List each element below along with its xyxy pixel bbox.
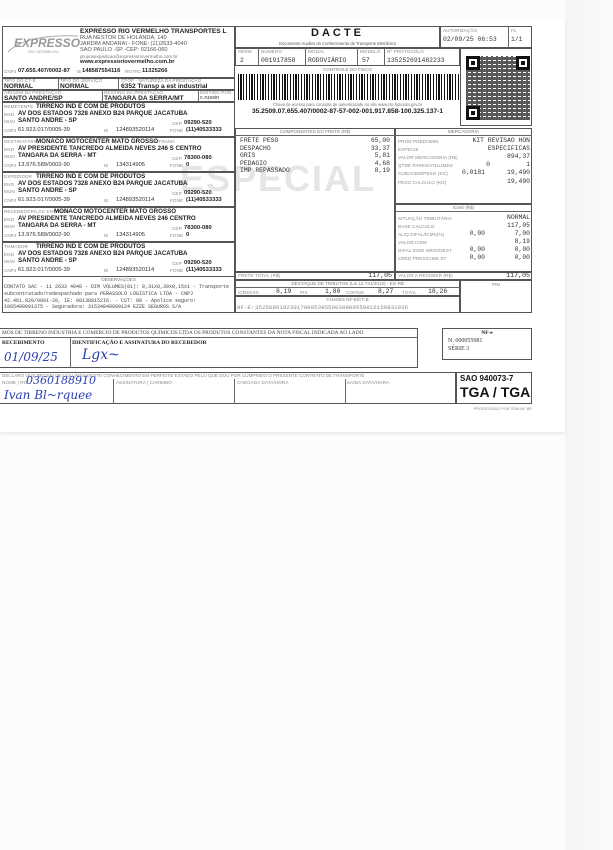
document-title: DACTE: [235, 27, 440, 39]
nome-rg-label: NOME | RG: [2, 380, 27, 385]
difal-orig: 0,00: [450, 246, 485, 253]
icms-st: 0,00: [490, 254, 530, 261]
fone-label: FONE: [170, 128, 183, 133]
party-extra: SUFRAMA: [152, 139, 175, 144]
freight-item-value: 4,68: [330, 160, 390, 167]
tipo-cte: NORMAL: [4, 83, 33, 90]
handwritten-date: 01/09/25: [4, 350, 58, 364]
access-key-barcode: [238, 74, 460, 100]
issuer-cnpj: 07.655.407/0002-87: [18, 68, 70, 74]
peso-calculo: 19,490: [490, 178, 530, 185]
icms-title: ICMS (R$): [395, 205, 532, 210]
icms-iss: 8,19: [276, 288, 291, 295]
party-cep: 09290-520: [184, 260, 212, 266]
serie: 2: [240, 57, 244, 64]
rntrc-label: RNTRC: [125, 69, 142, 74]
end-label: END: [4, 182, 14, 187]
ie-label: IE: [77, 69, 82, 74]
party-cnpj: 61.923.017/0005-39: [18, 127, 70, 133]
party-ie: 134314905: [116, 232, 145, 238]
freight-item-name: GRIS: [240, 152, 255, 159]
party-ie: 124893520114: [116, 127, 154, 133]
mun-label: MUN: [4, 224, 15, 229]
party-phone: (11)40533333: [186, 127, 222, 133]
modelo: 57: [362, 57, 370, 64]
autorizacao-label: AUTORIZAÇÃO: [443, 28, 477, 33]
cep-label: CEP: [172, 121, 182, 126]
qtde-volumes: 1: [500, 161, 530, 168]
aliq-label: ALIQ DIFAL/ICMS(%): [398, 232, 444, 237]
icms-iss-label: ICMS/ISS: [238, 290, 259, 295]
mun-label: MUN: [4, 259, 15, 264]
aliq-icms: 7,00: [490, 230, 530, 237]
party-phone: (11)40533333: [186, 197, 222, 203]
fone-label: FONE: [170, 163, 183, 168]
peso-calculo-label: PESO CALCULO (Kg): [398, 180, 446, 185]
protocolo: 135252691482233: [387, 57, 445, 64]
party-cnpj: 13.976.589/0002-90: [18, 232, 70, 238]
ie-label: IE: [104, 268, 109, 273]
origem: SANTO ANDRE/SP: [4, 95, 63, 102]
peso: 19,490: [490, 169, 530, 176]
end-label: END: [4, 217, 14, 222]
autorizacao: 02/09/25 06:53: [443, 36, 497, 43]
issuer-rntrc: 11325266: [142, 68, 167, 74]
cfop: 6352 Transp a est industrial: [121, 83, 208, 90]
receiver-signature: Lgx~: [82, 347, 120, 363]
cnpj-label: CNPJ: [4, 233, 16, 238]
difal-label: DIFAL ICMS ORIG/DEST: [398, 248, 452, 253]
especie: ESPECIFICAS: [440, 145, 530, 152]
party-address: AV PRESIDENTE TANCREDO ALMEIDA NEVES 246…: [18, 215, 196, 222]
party-address: AV DOS ESTADOS 7328 ANEXO B24 PARQUE JAC…: [18, 110, 188, 117]
cnpj-label: CNPJ: [4, 268, 16, 273]
freight-item-value: 33,37: [330, 145, 390, 152]
destino: TANGARA DA SERRA/MT: [104, 95, 184, 102]
end-label: END: [4, 112, 14, 117]
base-calculo: 117,05: [470, 222, 530, 229]
party-name: TIRRENO IND E COM DE PRODUTOS: [36, 173, 145, 180]
tipo-servico: NORMAL: [60, 83, 89, 90]
freight-total-label: FRETE TOTAL (R$): [238, 273, 280, 278]
modelo-label: MODELO: [360, 49, 381, 54]
party-cep: 09290-520: [184, 190, 212, 196]
observacoes-title: OBSERVAÇÕES: [2, 277, 235, 282]
emitido-por: c.russin: [200, 95, 219, 101]
freight-item-name: PEDAGIO: [240, 160, 267, 167]
controle-fisco-label: CONTROLE DO FISCO: [235, 67, 460, 72]
cep-label: CEP: [172, 191, 182, 196]
cnpj-label: CNPJ: [4, 163, 16, 168]
base-label: BASE CALCULO: [398, 224, 434, 229]
party-name: TIRRENO IND E COM DE PRODUTOS: [36, 243, 145, 250]
protocolo-label: Nº PROTOCOLO: [387, 49, 424, 54]
freight-item-name: FRETE PESO: [240, 137, 278, 144]
numero: 001917858: [261, 57, 296, 64]
cnpj-label: CNPJ: [4, 198, 16, 203]
freight-item-value: 5,81: [330, 152, 390, 159]
valor-receber: 117,05: [490, 272, 530, 279]
party-cnpj: 61.923.017/0005-39: [18, 197, 70, 203]
freight-item-name: DESPACHO: [240, 145, 271, 152]
chave-caption: Chave de acesso para consulta de autenti…: [235, 102, 460, 107]
fone-label: FONE: [170, 198, 183, 203]
processed-by: PROCESSADO POR SSW NF-BR: [440, 407, 532, 411]
end-label: END: [4, 252, 14, 257]
prod-predominante: KIT REVISAO HON: [440, 137, 530, 144]
handwritten-rg: 0360188910: [26, 374, 96, 387]
mun-label: MUN: [4, 119, 15, 124]
nfe-prefix: NF-E:: [237, 304, 254, 311]
party-role-label: EXPEDIDOR: [4, 174, 32, 179]
party-role-label: DESTINATÁRIO: [4, 139, 39, 144]
assinatura-label: ASSINATURA | CARIMBO: [116, 380, 172, 385]
document-subtitle: Documento Auxiliar do Conhecimento de Tr…: [235, 41, 440, 46]
modal-label: MODAL: [308, 49, 325, 54]
party-ie: 134314905: [116, 162, 145, 168]
freight-item-value: 65,00: [330, 137, 390, 144]
party-city: TANGARA DA SERRA - MT: [18, 222, 96, 229]
qr-finder-icon: [466, 106, 480, 120]
route: TGA / TGA: [460, 384, 530, 400]
valor-mercadoria: 894,37: [440, 153, 530, 160]
party-cnpj: 61.923.017/0005-39: [18, 267, 70, 273]
qr-finder-icon: [466, 56, 480, 70]
cubagem-label: CUBAGEM/PESO (Kg): [398, 171, 448, 176]
company-logo: EXPRESSO RIO VERMELHO: [6, 32, 80, 56]
observacoes-text: CONTATO SAC - 11 2633 4040 - DIM VOLUMES…: [4, 284, 234, 312]
party-ie: 124893520114: [116, 267, 154, 273]
cep-label: CEP: [172, 226, 182, 231]
fone-label: FONE: [170, 233, 183, 238]
situacao-tributaria: NORMAL: [470, 214, 530, 221]
difal-dest: 0,00: [490, 246, 530, 253]
party-ie: 124893520114: [116, 197, 154, 203]
prod-label: PROD PREDOMIN: [398, 139, 439, 144]
party-role-label: REMETENTE: [4, 104, 33, 109]
recebimento-label: RECEBIMENTO: [2, 340, 44, 346]
nfe-number: N. 000055981: [448, 338, 482, 344]
issuer-website: www.expressoriovermelho.com.br: [80, 59, 175, 65]
party-name: TIRRENO IND E COM DE PRODUTOS: [36, 103, 145, 110]
nfe-serie: SÉRIE 3: [448, 346, 469, 352]
party-address: AV DOS ESTADOS 7328 ANEXO B24 PARQUE JAC…: [18, 250, 188, 257]
party-address: AV DOS ESTADOS 7328 ANEXO B24 PARQUE JAC…: [18, 180, 188, 187]
fl-label: FL: [511, 28, 517, 33]
saida-label: SAÍDA DATA/HORA: [347, 380, 389, 385]
party-city: TANGARA DA SERRA - MT: [18, 152, 96, 159]
mun-label: MUN: [4, 189, 15, 194]
ie-label: IE: [104, 128, 109, 133]
serie-label: SÉRIE: [238, 49, 252, 54]
cofins-label: COFINS: [346, 290, 364, 295]
party-name: MONACO MOTOCENTER MATO GROSSO: [54, 208, 176, 215]
freight-item-value: 8,19: [330, 167, 390, 174]
cep-label: CEP: [172, 156, 182, 161]
party-cnpj: 13.976.589/0002-90: [18, 162, 70, 168]
party-address: AV PRESIDENTE TANCREDO ALMEIDA NEVES 246…: [18, 145, 202, 152]
handwritten-name: Ivan Bl~rquee: [4, 388, 92, 402]
freight-item-name: IMP REPASSADO: [240, 167, 290, 174]
situacao-label: SITUAÇÃO TRIBUTÁRIA: [398, 216, 452, 221]
valor-icms: 8,19: [490, 238, 530, 245]
ie-label: IE: [104, 233, 109, 238]
party-city: SANTO ANDRE - SP: [18, 257, 77, 264]
issuer-ie: 148587554116: [82, 68, 120, 74]
fl: 1/1: [511, 36, 523, 43]
cnpj-label: CNPJ: [4, 69, 16, 74]
party-name: MONACO MOTOCENTER MATO GROSSO: [36, 138, 158, 145]
access-key: 35.2509.07.655.407/0002-87-57-002-001.91…: [235, 108, 460, 115]
aliq-difal: 0,00: [450, 230, 485, 237]
ie-label: IE: [104, 163, 109, 168]
party-phone: 0: [186, 232, 189, 238]
svg-text:EXPRESSO: EXPRESSO: [14, 36, 80, 50]
pin-label: PIN: [460, 282, 532, 287]
tributos-title: DESTAQUE DE TRIBUTOS (Lei 12.741/2012) -…: [235, 281, 460, 286]
party-city: SANTO ANDRE - SP: [18, 187, 77, 194]
scan-margin: [565, 0, 613, 850]
nfe-key: 3525086192301700053955003000055981615083…: [255, 304, 408, 311]
nfe-label: NF-e: [442, 330, 532, 336]
party-cep: 78300-080: [184, 225, 212, 231]
cnpj-label: CNPJ: [4, 128, 16, 133]
freight-title: COMPONENTES DO FRETE (R$): [235, 129, 395, 134]
chaves-title: CHAVES NF-E/CT-E: [235, 297, 460, 302]
party-cep: 09290-520: [184, 120, 212, 126]
cred-pres: 0,00: [450, 254, 485, 261]
cred-label: CRED PRES/ICMS ST: [398, 256, 446, 261]
qr-finder-icon: [516, 56, 530, 70]
cep-label: CEP: [172, 261, 182, 266]
pis-label: PIS: [300, 290, 308, 295]
party-phone: (11)40533333: [186, 267, 222, 273]
issuer-name: EXPRESSO RIO VERMELHO TRANSPORTES L: [80, 28, 227, 35]
receipt-header: MOS DE TIRRENO INDUSTRIA E COMERCIO DE P…: [2, 330, 363, 336]
especie-label: ESPECIE: [398, 147, 419, 152]
qtde-pares: 0: [460, 161, 490, 168]
svg-text:RIO VERMELHO: RIO VERMELHO: [28, 49, 59, 54]
pis: 1,80: [325, 288, 340, 295]
ie-label: IE: [104, 198, 109, 203]
mun-label: MUN: [4, 154, 15, 159]
end-label: END: [4, 147, 14, 152]
freight-total: 117,05: [320, 272, 392, 279]
party-city: SANTO ANDRE - SP: [18, 117, 77, 124]
modal: RODOVIÁRIO: [308, 57, 346, 64]
chegada-label: CHEGADA DATA/HORA: [237, 380, 289, 385]
tributos-total-label: TOTAL: [402, 290, 417, 295]
scanned-page: EXPRESSO RIO VERMELHO EXPRESSO RIO VERME…: [0, 0, 613, 850]
valor-receber-label: VALOR A RECEBER (R$): [398, 273, 453, 278]
party-role-label: TOMADOR: [4, 244, 28, 249]
fone-label: FONE: [170, 268, 183, 273]
cofins: 8,27: [378, 288, 393, 295]
cubagem: 0,0181: [445, 169, 485, 176]
identificacao-label: IDENTIFICAÇÃO E ASSINATURA DO RECEBEDOR: [72, 340, 206, 346]
valor-icms-label: VALOR ICMS: [398, 240, 427, 245]
issuer-city-cep: SAO PAULO -SP -CEP: 02166-060: [80, 47, 167, 53]
qtde-label: QTDE PARES/VOLUMES: [398, 163, 453, 168]
numero-label: NÚMERO: [261, 49, 282, 54]
cargo-title: MERCADORIA: [395, 129, 532, 134]
party-phone: 0: [186, 162, 189, 168]
tributos-total: 18,26: [428, 288, 447, 295]
route-code: SAO 940073-7: [460, 374, 513, 383]
party-cep: 78300-080: [184, 155, 212, 161]
